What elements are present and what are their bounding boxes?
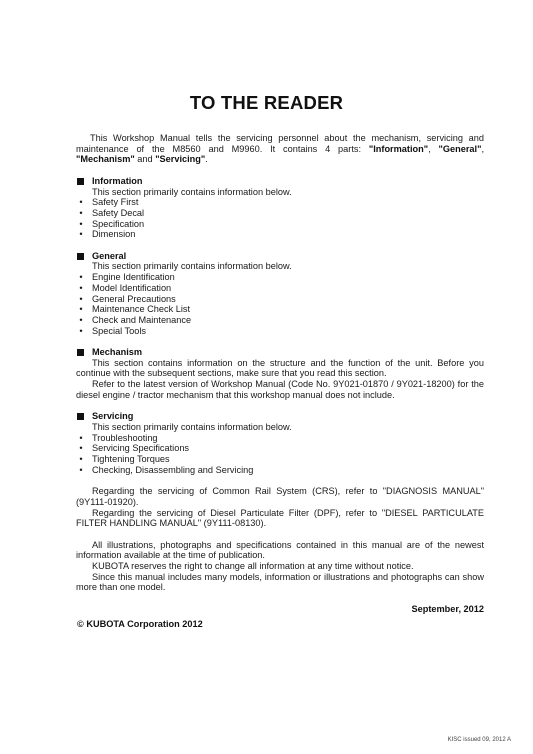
page-content: This Workshop Manual tells the servicing… [76, 133, 484, 629]
bullet-icon: • [77, 208, 85, 219]
separator: , [481, 144, 484, 154]
document-page: TO THE READER This Workshop Manual tells… [0, 0, 533, 754]
list-item: •Maintenance Check List [76, 304, 484, 315]
bullet-list: •Engine Identification •Model Identifica… [76, 272, 484, 336]
section-paragraph: Refer to the latest version of Workshop … [76, 379, 484, 400]
bullet-list: •Safety First •Safety Decal •Specificati… [76, 197, 484, 240]
section-heading: Mechanism [76, 347, 484, 358]
bullet-list: •Troubleshooting •Servicing Specificatio… [76, 433, 484, 476]
bullet-icon: • [77, 454, 85, 465]
part-mechanism: "Mechanism" [76, 154, 135, 164]
list-item-text: Special Tools [92, 326, 146, 336]
page-title: TO THE READER [0, 92, 533, 114]
section-heading: General [76, 251, 484, 262]
square-bullet-icon [77, 178, 84, 185]
list-item-text: Model Identification [92, 283, 171, 293]
bullet-icon: • [77, 197, 85, 208]
list-item-text: Specification [92, 219, 144, 229]
list-item: •Servicing Specifications [76, 443, 484, 454]
issue-date: September, 2012 [76, 604, 484, 615]
list-item: •Model Identification [76, 283, 484, 294]
section-paragraph: This section contains information on the… [76, 358, 484, 379]
bullet-icon: • [77, 294, 85, 305]
list-item-text: Checking, Disassembling and Servicing [92, 465, 253, 475]
list-item-text: Maintenance Check List [92, 304, 190, 314]
part-servicing: "Servicing" [155, 154, 205, 164]
reference-dpf: Regarding the servicing of Diesel Partic… [76, 508, 484, 529]
list-item: •Safety First [76, 197, 484, 208]
section-servicing: Servicing This section primarily contain… [76, 411, 484, 475]
section-general: General This section primarily contains … [76, 251, 484, 337]
section-description: This section primarily contains informat… [76, 261, 484, 272]
part-information: "Information" [369, 144, 428, 154]
section-mechanism: Mechanism This section contains informat… [76, 347, 484, 401]
square-bullet-icon [77, 413, 84, 420]
list-item: •Safety Decal [76, 208, 484, 219]
list-item-text: Dimension [92, 229, 135, 239]
section-description: This section primarily contains informat… [76, 422, 484, 433]
bullet-icon: • [77, 229, 85, 240]
bullet-icon: • [77, 283, 85, 294]
section-information: Information This section primarily conta… [76, 176, 484, 240]
list-item-text: Check and Maintenance [92, 315, 191, 325]
list-item-text: Troubleshooting [92, 433, 158, 443]
bullet-icon: • [77, 326, 85, 337]
intro-paragraph: This Workshop Manual tells the servicing… [76, 133, 484, 165]
section-heading-text: General [92, 251, 126, 261]
list-item: •Specification [76, 219, 484, 230]
list-item: •Dimension [76, 229, 484, 240]
list-item-text: Safety First [92, 197, 138, 207]
list-item-text: General Precautions [92, 294, 176, 304]
square-bullet-icon [77, 349, 84, 356]
section-heading-text: Mechanism [92, 347, 142, 357]
part-general: "General" [439, 144, 482, 154]
section-description: This section primarily contains informat… [76, 187, 484, 198]
section-heading-text: Information [92, 176, 143, 186]
reference-crs: Regarding the servicing of Common Rail S… [76, 486, 484, 507]
list-item: •Check and Maintenance [76, 315, 484, 326]
bullet-icon: • [77, 465, 85, 476]
separator: , [428, 144, 438, 154]
bullet-icon: • [77, 315, 85, 326]
square-bullet-icon [77, 253, 84, 260]
list-item: •Engine Identification [76, 272, 484, 283]
list-item-text: Tightening Torques [92, 454, 170, 464]
list-item-text: Engine Identification [92, 272, 175, 282]
bullet-icon: • [77, 443, 85, 454]
list-item-text: Servicing Specifications [92, 443, 189, 453]
bullet-icon: • [77, 433, 85, 444]
list-item: •Checking, Disassembling and Servicing [76, 465, 484, 476]
notices-block: All illustrations, photographs and speci… [76, 540, 484, 594]
list-item: •Special Tools [76, 326, 484, 337]
bullet-icon: • [77, 304, 85, 315]
notice-paragraph: All illustrations, photographs and speci… [76, 540, 484, 561]
separator: and [135, 154, 155, 164]
copyright-notice: © KUBOTA Corporation 2012 [76, 619, 484, 630]
list-item: •General Precautions [76, 294, 484, 305]
period: . [205, 154, 208, 164]
bullet-icon: • [77, 272, 85, 283]
footer-issue-code: KISC issued 09, 2012 A [448, 736, 511, 744]
section-heading: Servicing [76, 411, 484, 422]
section-heading: Information [76, 176, 484, 187]
bullet-icon: • [77, 219, 85, 230]
notice-paragraph: KUBOTA reserves the right to change all … [76, 561, 484, 572]
references-block: Regarding the servicing of Common Rail S… [76, 486, 484, 529]
list-item-text: Safety Decal [92, 208, 144, 218]
section-heading-text: Servicing [92, 411, 133, 421]
notice-paragraph: Since this manual includes many models, … [76, 572, 484, 593]
list-item: •Troubleshooting [76, 433, 484, 444]
list-item: •Tightening Torques [76, 454, 484, 465]
